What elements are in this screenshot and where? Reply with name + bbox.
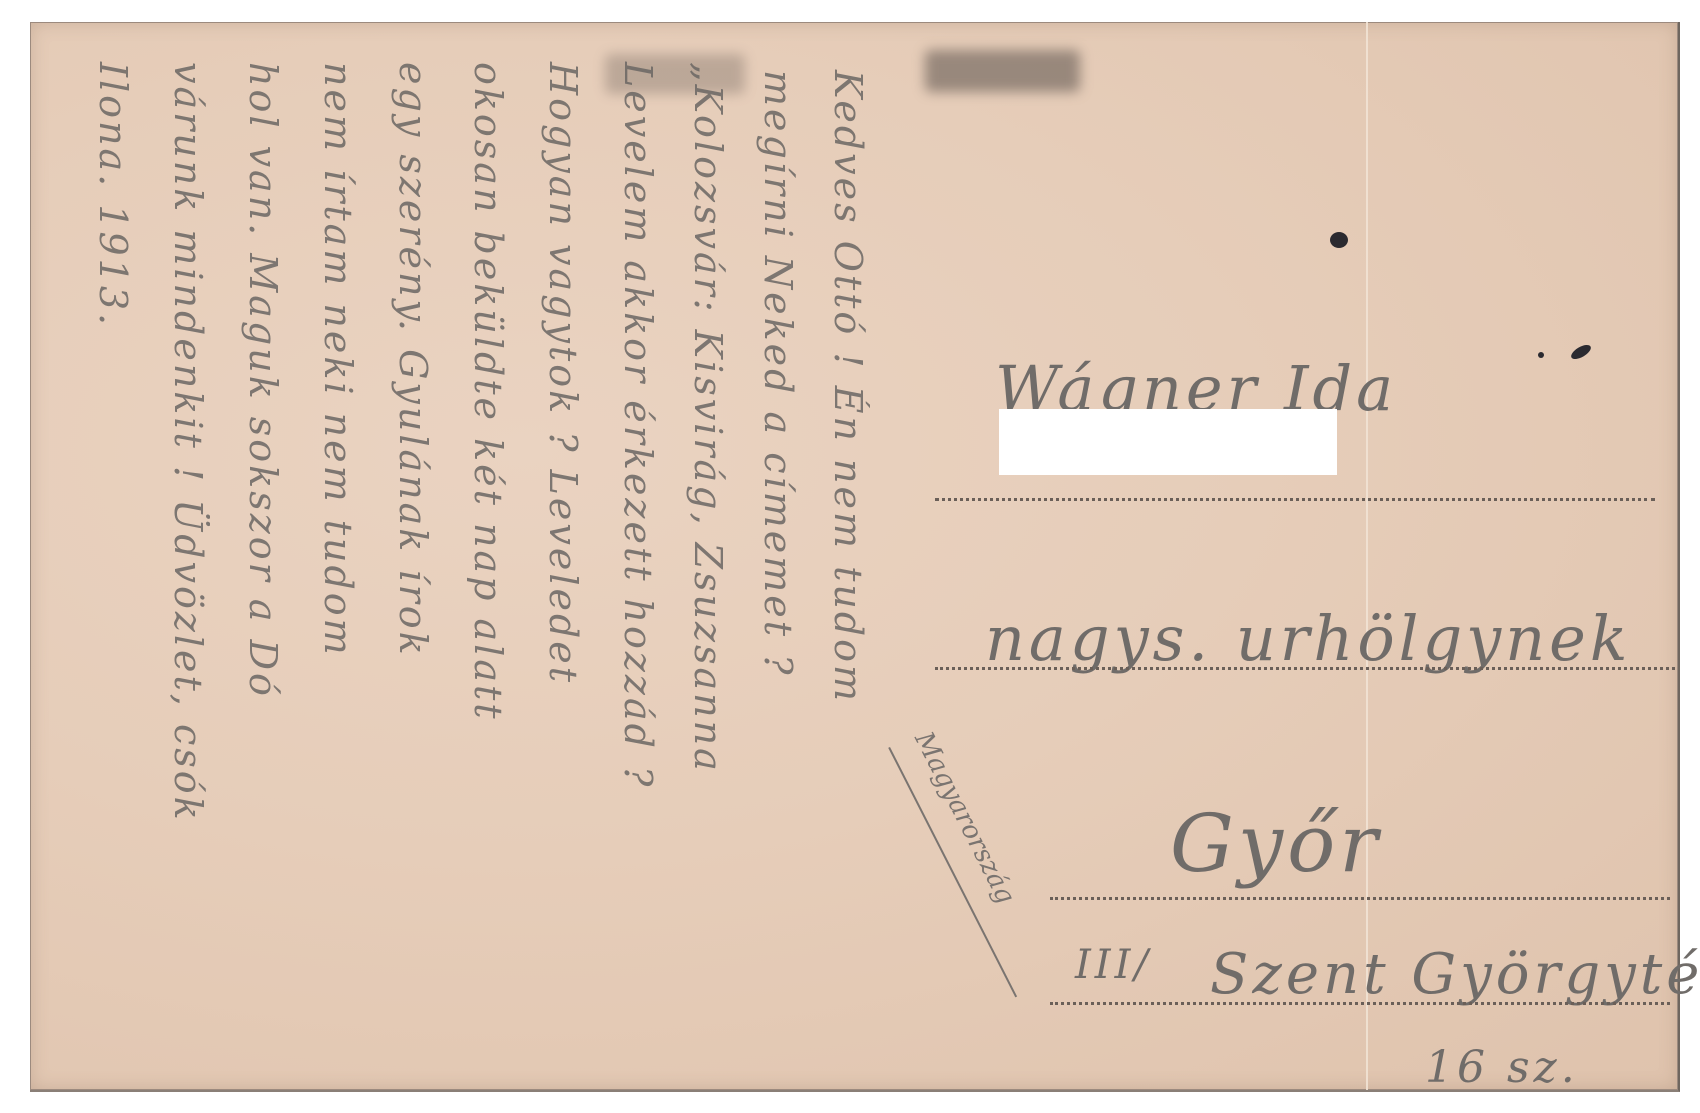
message-line-1: Kedves Ottó ! Én nem tudom xyxy=(826,70,870,704)
address-line-2 xyxy=(935,667,1675,670)
ink-blot xyxy=(1330,232,1348,248)
address-house-number: 16 sz. xyxy=(1425,1042,1579,1093)
message-line-9: hol van. Maguk sokszor a Dó xyxy=(241,62,285,699)
message-line-7: egy szerény. Gyulának írok xyxy=(391,62,435,658)
top-blur-right xyxy=(925,50,1080,92)
address-line-4 xyxy=(1050,1002,1670,1005)
ink-blot xyxy=(1569,342,1593,362)
message-line-8: nem írtam neki nem tudom xyxy=(316,62,360,658)
message-line-11: Ilona. 1913. xyxy=(91,62,135,328)
message-line-2: megírni Neked a címemet ? xyxy=(756,70,800,677)
address-line-3 xyxy=(1050,897,1670,900)
address-street: Szent Györgytér xyxy=(1210,942,1700,1007)
address-district: III/ xyxy=(1075,942,1152,988)
message-line-5: Hogyan vagytok ? Leveledet xyxy=(541,62,585,685)
address-city: Győr xyxy=(1170,797,1382,890)
name-redaction-box xyxy=(999,409,1337,475)
postcard-back: Kedves Ottó ! Én nem tudom megírni Neked… xyxy=(30,22,1680,1092)
center-divider-line xyxy=(1366,22,1368,1090)
message-line-10: várunk mindenkit ! Üdvözlet, csók xyxy=(166,62,210,823)
address-title: nagys. urhölgynek xyxy=(985,602,1631,675)
message-line-3: „Kolozsvár: Kisvirág, Zsuzsanna xyxy=(686,62,730,774)
message-line-6: okosan beküldte két nap alatt xyxy=(466,62,510,722)
ink-blot xyxy=(1538,352,1544,358)
message-line-4: Levelem akkor érkezett hozzád ? xyxy=(616,62,660,789)
address-line-1 xyxy=(935,498,1655,501)
